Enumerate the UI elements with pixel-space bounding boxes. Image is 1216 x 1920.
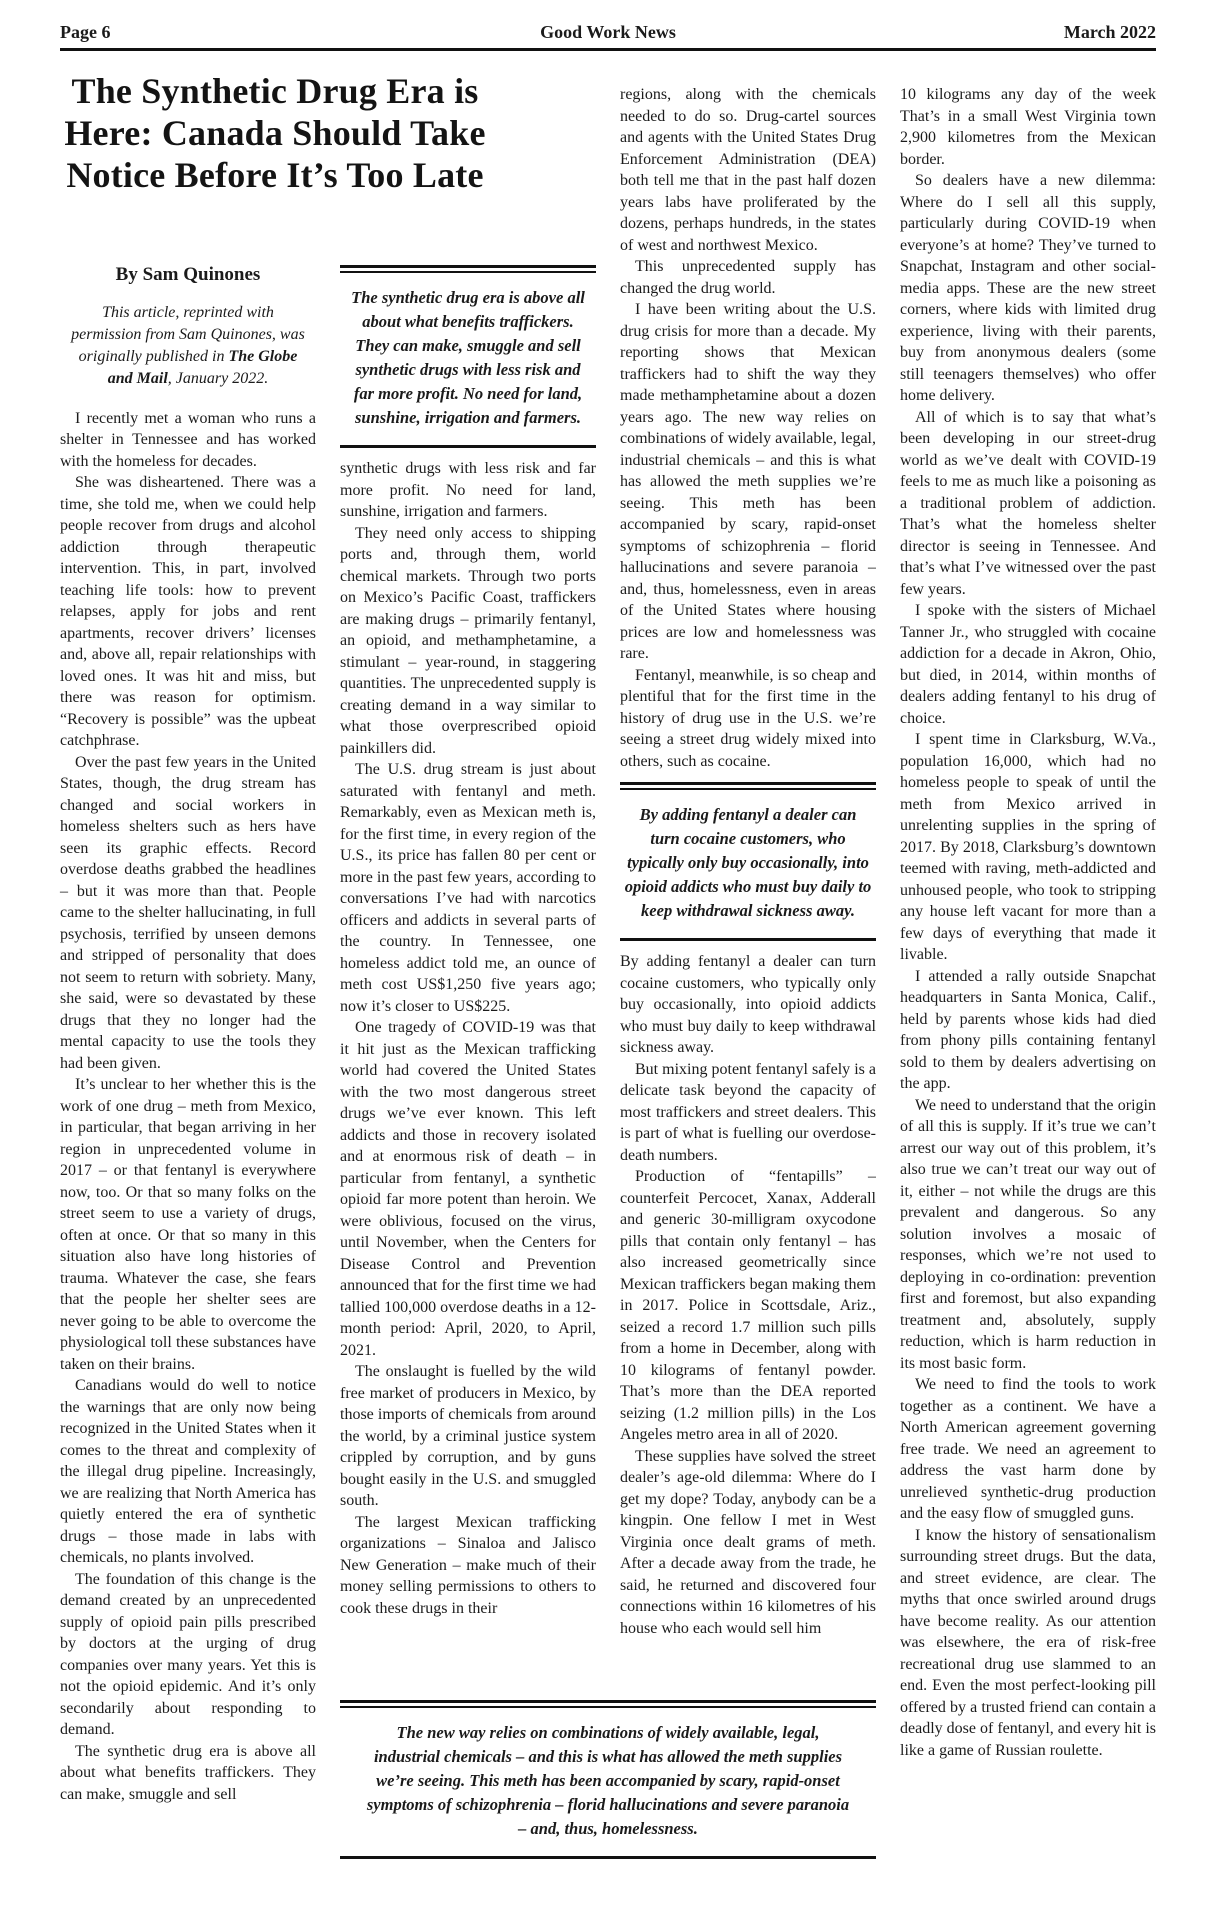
header-rule: [60, 48, 1156, 51]
byline: By Sam Quinones: [60, 264, 316, 286]
article-paragraph: We need to understand that the origin of…: [900, 1095, 1156, 1375]
column-2-body: synthetic drugs with less risk and far m…: [340, 458, 596, 1619]
issue-date: March 2022: [1064, 22, 1156, 43]
pull-quote-text: The new way relies on combinations of wi…: [340, 1708, 876, 1856]
masthead-title: Good Work News: [540, 22, 676, 43]
article-paragraph: The onslaught is fuelled by the wild fre…: [340, 1361, 596, 1512]
column-1: By Sam Quinones This article, reprinted …: [60, 264, 316, 1805]
pull-quote-top-rule: [340, 265, 596, 273]
article-paragraph: But mixing potent fentanyl safely is a d…: [620, 1059, 876, 1167]
article-paragraph: Over the past few years in the United St…: [60, 752, 316, 1075]
article-paragraph: I attended a rally outside Snapchat head…: [900, 966, 1156, 1095]
pull-quote-bottom-rule: [620, 938, 876, 941]
attribution-post: , January 2022.: [168, 370, 268, 387]
article-paragraph: It’s unclear to her whether this is the …: [60, 1074, 316, 1375]
article-paragraph: All of which is to say that what’s been …: [900, 407, 1156, 601]
article-paragraph: The U.S. drug stream is just about satur…: [340, 759, 596, 1017]
article-paragraph: One tragedy of COVID-19 was that it hit …: [340, 1017, 596, 1361]
article-paragraph: I spoke with the sisters of Michael Tann…: [900, 600, 1156, 729]
title-line-1: The Synthetic Drug Era is: [32, 70, 518, 112]
pull-quote-top-rule: [340, 1700, 876, 1708]
pull-quote-bottom-rule: [340, 1856, 876, 1859]
pull-quote-bottom-rule: [340, 445, 596, 448]
article-paragraph: By adding fentanyl a dealer can turn coc…: [620, 951, 876, 1059]
title-line-2: Here: Canada Should Take: [32, 112, 518, 154]
page-header: Page 6 Good Work News March 2022: [60, 22, 1156, 43]
article-paragraph: So dealers have a new dilemma: Where do …: [900, 170, 1156, 407]
pull-quote-3: The new way relies on combinations of wi…: [340, 1700, 876, 1859]
pull-quote-1: The synthetic drug era is above all abou…: [340, 265, 596, 448]
article-title: The Synthetic Drug Era is Here: Canada S…: [32, 70, 518, 196]
article-paragraph: 10 kilograms any day of the week That’s …: [900, 84, 1156, 170]
title-line-3: Notice Before It’s Too Late: [32, 154, 518, 196]
article-paragraph: Canadians would do well to notice the wa…: [60, 1375, 316, 1569]
article-paragraph: This unprecedented supply has changed th…: [620, 256, 876, 299]
article-paragraph: They need only access to shipping ports …: [340, 523, 596, 760]
newspaper-page: Page 6 Good Work News March 2022 The Syn…: [0, 0, 1216, 1920]
column-2: The synthetic drug era is above all abou…: [340, 263, 596, 1700]
column-3: regions, along with the chemicals needed…: [620, 84, 876, 1700]
article-paragraph: synthetic drugs with less risk and far m…: [340, 458, 596, 523]
pull-quote-top-rule: [620, 782, 876, 790]
column-3-body-top: regions, along with the chemicals needed…: [620, 84, 876, 772]
attribution: This article, reprinted with permission …: [66, 302, 310, 390]
article-paragraph: regions, along with the chemicals needed…: [620, 84, 876, 256]
article-paragraph: The largest Mexican trafficking organiza…: [340, 1512, 596, 1620]
article-paragraph: These supplies have solved the street de…: [620, 1446, 876, 1640]
pull-quote-2: By adding fentanyl a dealer can turn coc…: [620, 782, 876, 941]
page-number: Page 6: [60, 22, 110, 43]
column-3-body-bottom: By adding fentanyl a dealer can turn coc…: [620, 951, 876, 1639]
article-paragraph: I spent time in Clarksburg, W.Va., popul…: [900, 729, 1156, 966]
column-1-body: I recently met a woman who runs a shelte…: [60, 408, 316, 1806]
article-paragraph: Fentanyl, meanwhile, is so cheap and ple…: [620, 665, 876, 773]
article-paragraph: The foundation of this change is the dem…: [60, 1569, 316, 1741]
article-paragraph: She was disheartened. There was a time, …: [60, 472, 316, 752]
article-paragraph: I recently met a woman who runs a shelte…: [60, 408, 316, 473]
column-4-body: 10 kilograms any day of the week That’s …: [900, 84, 1156, 1761]
article-paragraph: I know the history of sensationalism sur…: [900, 1525, 1156, 1762]
column-4: 10 kilograms any day of the week That’s …: [900, 84, 1156, 1761]
pull-quote-text: By adding fentanyl a dealer can turn coc…: [620, 790, 876, 938]
article-paragraph: I have been writing about the U.S. drug …: [620, 299, 876, 665]
article-paragraph: We need to find the tools to work togeth…: [900, 1374, 1156, 1525]
article-paragraph: Production of “fentapills” – counterfeit…: [620, 1166, 876, 1446]
article-paragraph: The synthetic drug era is above all abou…: [60, 1741, 316, 1806]
pull-quote-text: The synthetic drug era is above all abou…: [340, 273, 596, 445]
